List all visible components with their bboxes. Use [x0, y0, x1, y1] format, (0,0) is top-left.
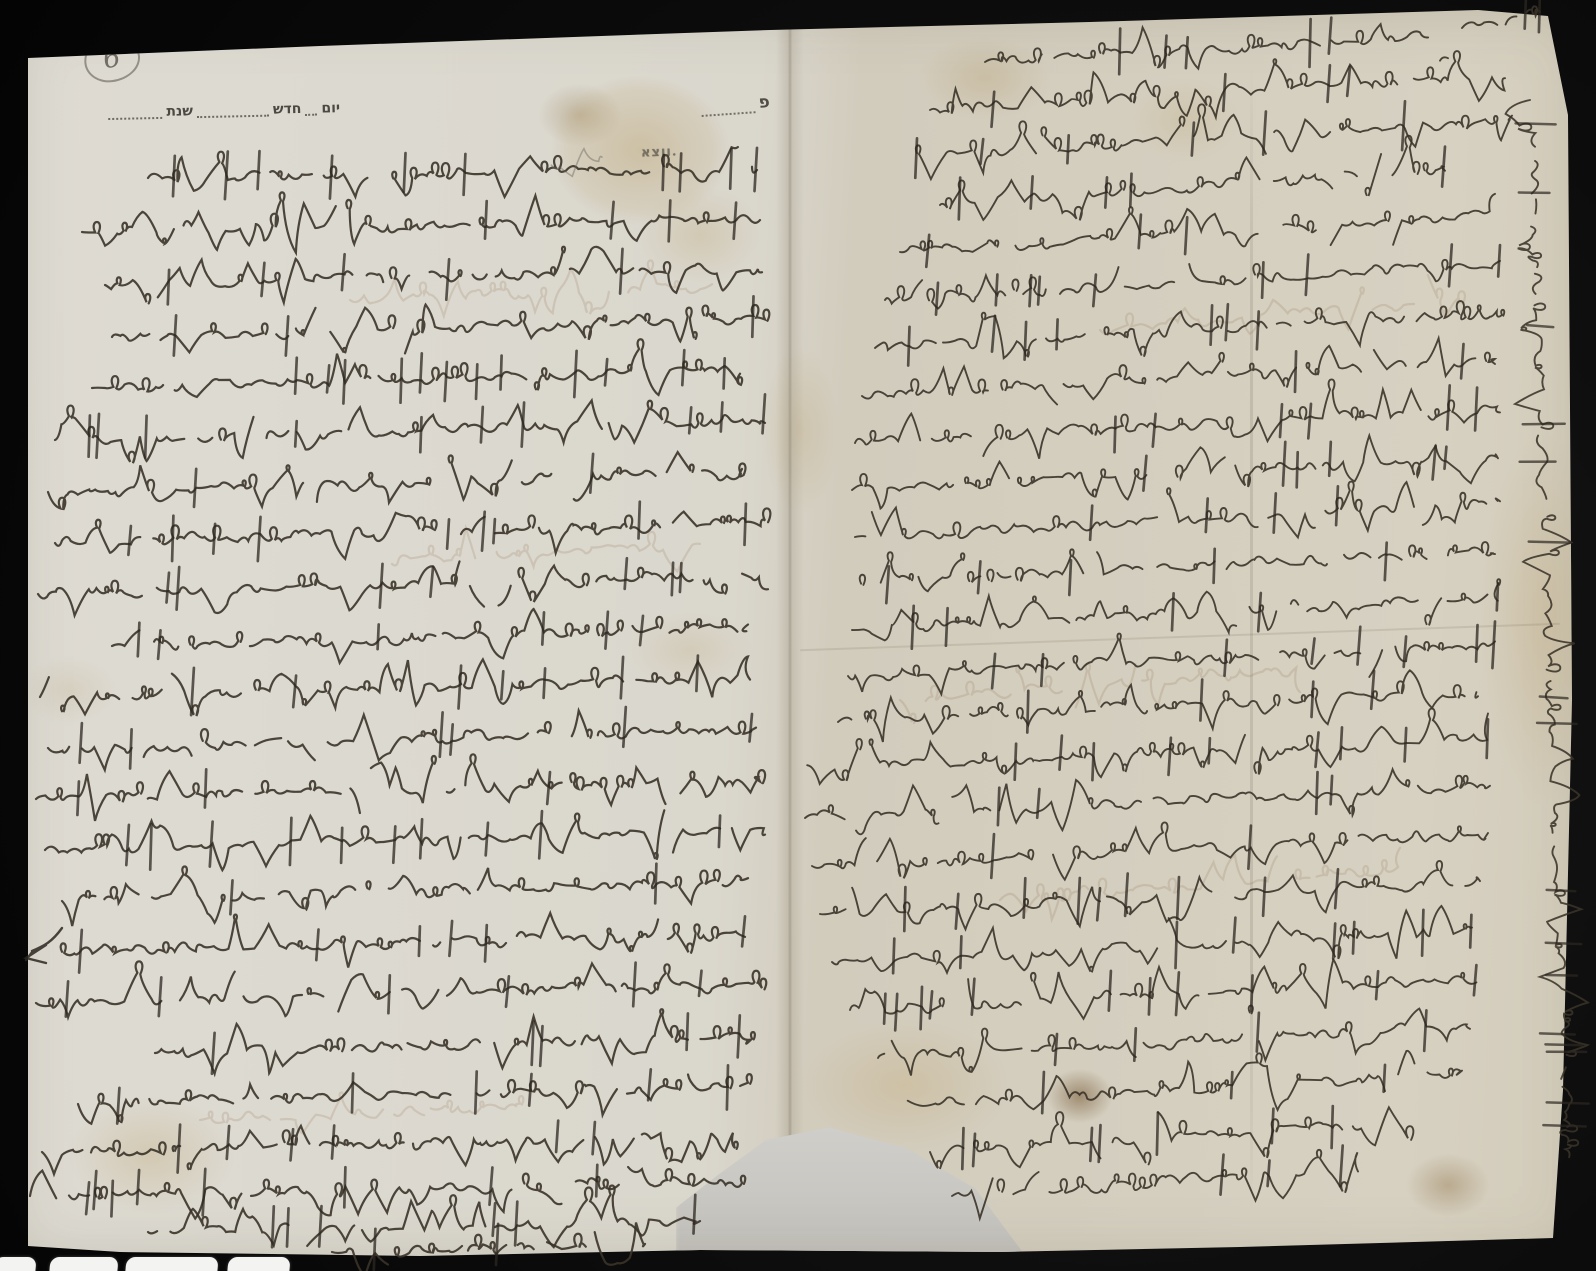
handwritten-line: [148, 1186, 700, 1248]
handwritten-line: [61, 913, 745, 968]
handwritten-line: [832, 906, 1472, 973]
handwritten-line: [82, 192, 760, 252]
handwritten-line: [1508, 122, 1591, 1128]
handwritten-line: [805, 769, 1490, 834]
handwritten-line: [112, 609, 748, 663]
calibration-tab: [0, 1257, 37, 1271]
handwritten-line: [855, 482, 1500, 539]
handwritten-line: [852, 579, 1500, 640]
scanner-background: 6 יום חדש שנת פ ווצא.: [0, 0, 1596, 1271]
handwritten-line: [112, 305, 769, 354]
handwritten-line: [807, 709, 1488, 784]
handwritten-line: [1504, 99, 1593, 1158]
handwritten-line: [916, 104, 1512, 179]
handwritten-line: [40, 657, 750, 717]
handwritten-line: [36, 754, 765, 821]
handwriting-layer: [0, 0, 1596, 1271]
handwritten-line: [985, 24, 1448, 69]
handwritten-line: [55, 401, 765, 464]
handwritten-line: [155, 1009, 755, 1073]
handwritten-line: [392, 528, 700, 571]
handwritten-line: [1462, 6, 1540, 28]
handwritten-line: [930, 51, 1505, 117]
handwritten-line: [62, 867, 748, 927]
handwritten-line: [332, 1223, 645, 1271]
handwritten-line: [66, 148, 765, 1270]
handwritten-line: [38, 561, 768, 615]
calibration-tab: [227, 1257, 290, 1271]
calibration-tab: [125, 1257, 218, 1271]
handwritten-line: [1100, 275, 1465, 334]
calibration-tab: [49, 1257, 118, 1271]
handwritten-line: [45, 810, 765, 870]
handwritten-line: [878, 1006, 1470, 1076]
handwritten-line: [551, 149, 602, 177]
handwritten-line: [92, 339, 742, 397]
handwritten-line: [852, 436, 1498, 509]
handwritten-line: [26, 928, 62, 963]
handwritten-line: [42, 1126, 738, 1174]
handwritten-line: [862, 338, 1495, 404]
handwritten-line: [875, 301, 1504, 358]
handwritten-line: [885, 260, 1500, 309]
handwritten-line: [900, 664, 1300, 723]
handwritten-line: [900, 194, 1495, 252]
handwritten-line: [908, 1051, 1462, 1110]
handwritten-line: [148, 147, 757, 197]
handwritten-line: [36, 961, 766, 1017]
handwritten-line: [860, 542, 1495, 591]
handwritten-line: [855, 379, 1500, 458]
handwritten-line: [48, 711, 756, 770]
